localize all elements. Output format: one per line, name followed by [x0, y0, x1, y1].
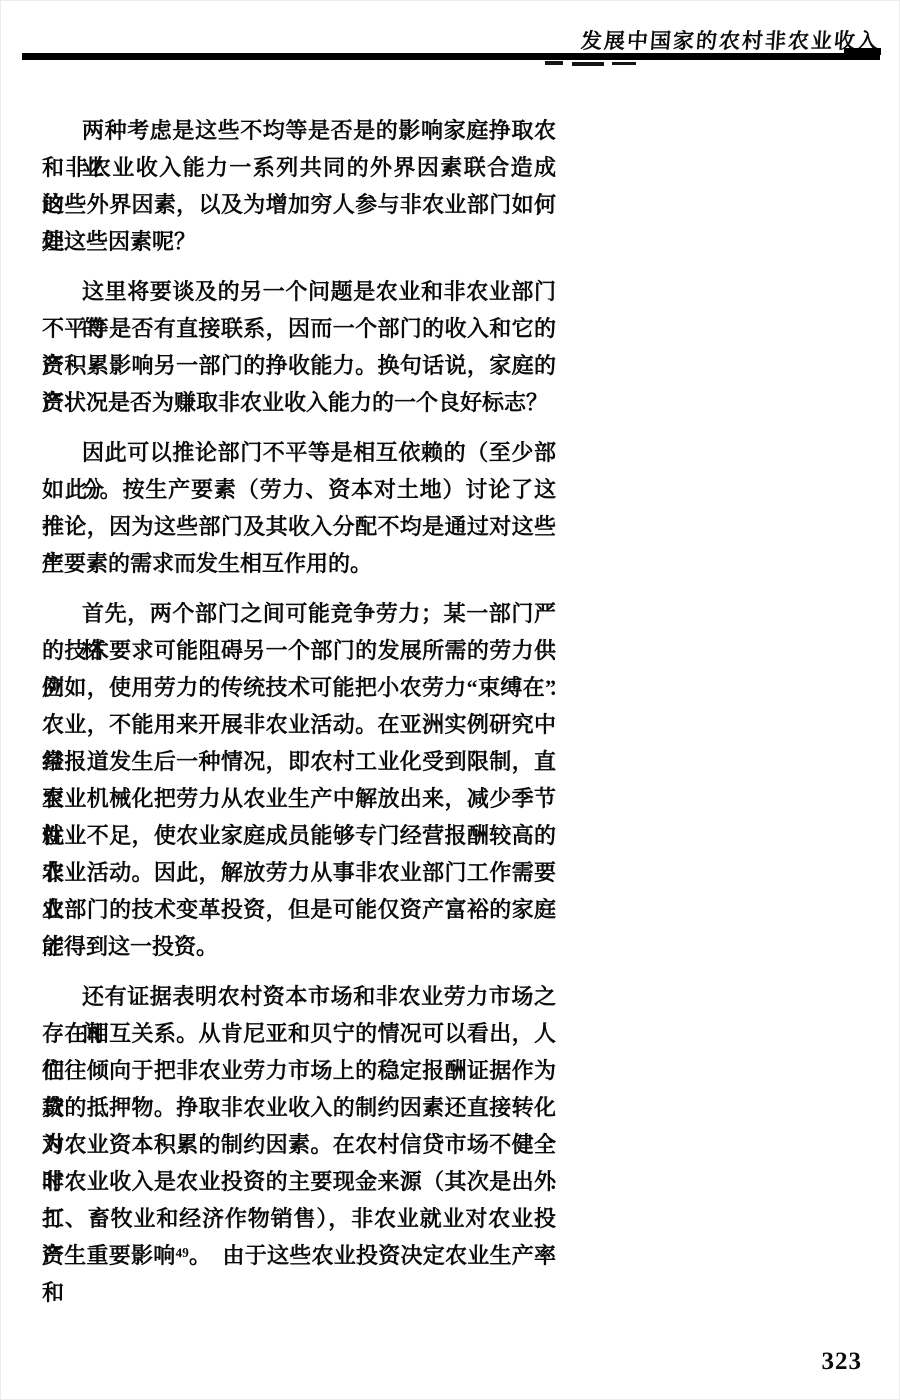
text-line: 推论，因为这些部门及其收入分配不均是通过对这些生	[42, 508, 556, 545]
text-line: 两种考虑是这些不均等是否是的影响家庭挣取农业	[42, 112, 556, 149]
text-line: 不平等是否有直接联系，因而一个部门的收入和它的资	[42, 310, 556, 347]
text-line: 农业，不能用来开展非农业活动。在亚洲实例研究中经	[42, 706, 556, 743]
text-line: 农业机械化把劳力从农业生产中解放出来，减少季节性	[42, 780, 556, 817]
text-line: 农业活动。因此，解放劳力从事非农业部门工作需要农	[42, 854, 556, 891]
text-line: 这些外界因素，以及为增加穷人参与非农业部门如何处	[42, 186, 556, 223]
text-line: 往往倾向于把非农业劳力市场上的稳定报酬证据作为贷	[42, 1052, 556, 1089]
scan-smudge	[612, 62, 636, 65]
text-line: 产状况是否为赚取非农业收入能力的一个良好标志？	[42, 384, 556, 421]
text-line: 首先，两个部门之间可能竞争劳力；某一部门严格	[42, 595, 556, 632]
paragraph: 还有证据表明农村资本市场和非农业劳力市场之间存在相互关系。从肯尼亚和贝宁的情况可…	[42, 978, 556, 1274]
header-rule-artifact	[844, 48, 881, 55]
text-line: 产生重要影响⁴⁹。 由于这些农业投资决定农业生产率和	[42, 1237, 556, 1274]
header-rule	[22, 53, 880, 60]
text-line: 非农业收入是农业投资的主要现金来源（其次是出外打	[42, 1163, 556, 1200]
body-text: 两种考虑是这些不均等是否是的影响家庭挣取农业和非农业收入能力一系列共同的外界因素…	[42, 112, 556, 1274]
text-line: 就业不足，使农业家庭成员能够专门经营报酬较高的非	[42, 817, 556, 854]
text-line: 还有证据表明农村资本市场和非农业劳力市场之间	[42, 978, 556, 1015]
text-line: 因此可以推论部门不平等是相互依赖的（至少部分	[42, 434, 556, 471]
paragraph: 首先，两个部门之间可能竞争劳力；某一部门严格的技术要求可能阻碍另一个部门的发展所…	[42, 595, 556, 965]
text-line: 存在相互关系。从肯尼亚和贝宁的情况可以看出，人们	[42, 1015, 556, 1052]
paragraph: 因此可以推论部门不平等是相互依赖的（至少部分如此）。按生产要素（劳力、资本对土地…	[42, 434, 556, 582]
text-line: 产积累影响另一部门的挣收能力。换句话说，家庭的资	[42, 347, 556, 384]
paragraph: 两种考虑是这些不均等是否是的影响家庭挣取农业和非农业收入能力一系列共同的外界因素…	[42, 112, 556, 260]
text-line: 能得到这一投资。	[42, 928, 556, 965]
text-line: 如此）。按生产要素（劳力、资本对土地）讨论了这一	[42, 471, 556, 508]
text-line: 的技术要求可能阻碍另一个部门的发展所需的劳力供应.	[42, 632, 556, 669]
text-line: 理这些因素呢？	[42, 223, 556, 260]
text-line: 例如，使用劳力的传统技术可能把小农劳力“束缚在”	[42, 669, 556, 706]
running-header: 发展中国家的农村非农业收入	[580, 25, 881, 55]
text-line: 这里将要谈及的另一个问题是农业和非农业部门的	[42, 273, 556, 310]
page-number: 323	[822, 1348, 863, 1376]
scanned-book-page: 发展中国家的农村非农业收入 两种考虑是这些不均等是否是的影响家庭挣取农业和非农业…	[0, 0, 900, 1400]
text-line: 款的抵押物。挣取非农业收入的制约因素还直接转化为	[42, 1089, 556, 1126]
text-line: 常报道发生后一种情况，即农村工业化受到限制，直至	[42, 743, 556, 780]
text-line: 工、畜牧业和经济作物销售），非农业就业对农业投资	[42, 1200, 556, 1237]
text-line: 业部门的技术变革投资，但是可能仅资产富裕的家庭才	[42, 891, 556, 928]
scan-smudge	[572, 62, 604, 66]
text-line: 产要素的需求而发生相互作用的。	[42, 545, 556, 582]
text-line: 对农业资本积累的制约因素。在农村信贷市场不健全时.	[42, 1126, 556, 1163]
scan-smudge	[545, 61, 563, 65]
text-line: 和非农业收入能力一系列共同的外界因素联合造成的；	[42, 149, 556, 186]
paragraph: 这里将要谈及的另一个问题是农业和非农业部门的不平等是否有直接联系，因而一个部门的…	[42, 273, 556, 421]
